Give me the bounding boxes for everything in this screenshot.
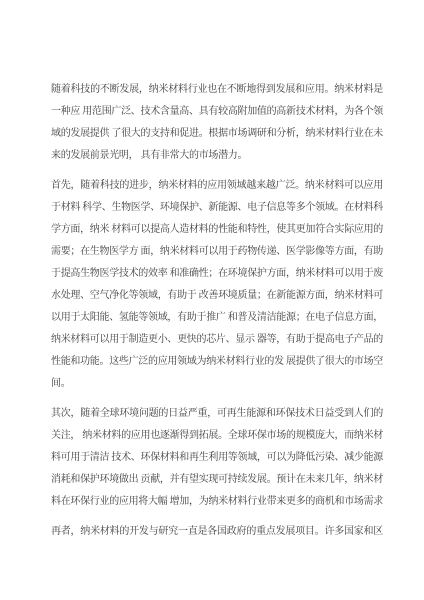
- text-line: 性能和功能。这些广泛的应用领域为纳米材料行业的发 展提供了很大的市场空: [51, 351, 383, 373]
- text-line: 其次，随着全球环境问题的日益严重，可再生能源和环保技术日益受到人们的: [51, 403, 383, 425]
- text-line: 消耗和保护环境做出 贡献，并有望实现可持续发展。预计在未来几年，纳米材: [51, 469, 383, 491]
- paragraph-2: 首先，随着科技的进步，纳米材料的应用领域越来越广泛。纳米材料可以应用于材料 科学…: [51, 175, 383, 395]
- paragraph-1: 随着科技的不断发展，纳米材料行业也在不断地得到发展和应用。纳米材料是一种应 用范…: [51, 79, 383, 167]
- document-page: 随着科技的不断发展，纳米材料行业也在不断地得到发展和应用。纳米材料是一种应 用范…: [0, 0, 424, 600]
- document-text-block: 随着科技的不断发展，纳米材料行业也在不断地得到发展和应用。纳米材料是一种应 用范…: [51, 79, 383, 551]
- text-line: 以用于太阳能、氢能等领域，有助于推广 和普及清洁能源；在电子信息方面，: [51, 307, 383, 329]
- text-line: 首先，随着科技的进步，纳米材料的应用领域越来越广泛。纳米材料可以应用: [51, 175, 383, 197]
- text-line: 料可用于清洁 技术、环保材料和再生利用等领域，可以为降低污染、减少能源: [51, 447, 383, 469]
- text-line: 料在环保行业的应用将大幅 增加，为纳米材料行业带来更多的商机和市场需求: [51, 491, 383, 513]
- text-line: 于提高生物医学技术的效率 和准确性；在环境保护方面，纳米材料可以用于废: [51, 263, 383, 285]
- text-line: 关注， 纳米材料的应用也逐渐得到拓展。全球环保市场的规模庞大，而纳米材: [51, 425, 383, 447]
- text-line: 域的发展提供 了很大的支持和促进。根据市场调研和分析，纳米材料行业在未: [51, 123, 383, 145]
- text-line: 需要；在生物医学方 面，纳米材料可以用于药物传递、医学影像等方面，有助: [51, 241, 383, 263]
- text-line: 纳米材料可以用于制造更小、更快的芯片、显示 器等，有助于提高电子产品的: [51, 329, 383, 351]
- text-line: 再者，纳米材料的开发与研究一直是各国政府的重点发展项目。许多国家和区: [51, 521, 383, 543]
- text-line: 一种应 用范围广泛、技术含量高、具有较高附加值的高新技术材料，为各个领: [51, 101, 383, 123]
- text-line: 间。: [51, 373, 383, 395]
- text-line: 水处理、空气净化等领域，有助于 改善环境质量；在新能源方面，纳米材料可: [51, 285, 383, 307]
- text-line: 来的发展前景光明， 具有非常大的市场潜力。: [51, 145, 383, 167]
- paragraph-4: 再者，纳米材料的开发与研究一直是各国政府的重点发展项目。许多国家和区: [51, 521, 383, 543]
- paragraph-3: 其次，随着全球环境问题的日益严重，可再生能源和环保技术日益受到人们的关注， 纳米…: [51, 403, 383, 513]
- text-line: 于材料 科学、生物医学、环境保护、新能源、电子信息等多个领域。在材料科: [51, 197, 383, 219]
- text-line: 随着科技的不断发展，纳米材料行业也在不断地得到发展和应用。纳米材料是: [51, 79, 383, 101]
- text-line: 学方面，纳米 材料可以提高人造材料的性能和特性，使其更加符合实际应用的: [51, 219, 383, 241]
